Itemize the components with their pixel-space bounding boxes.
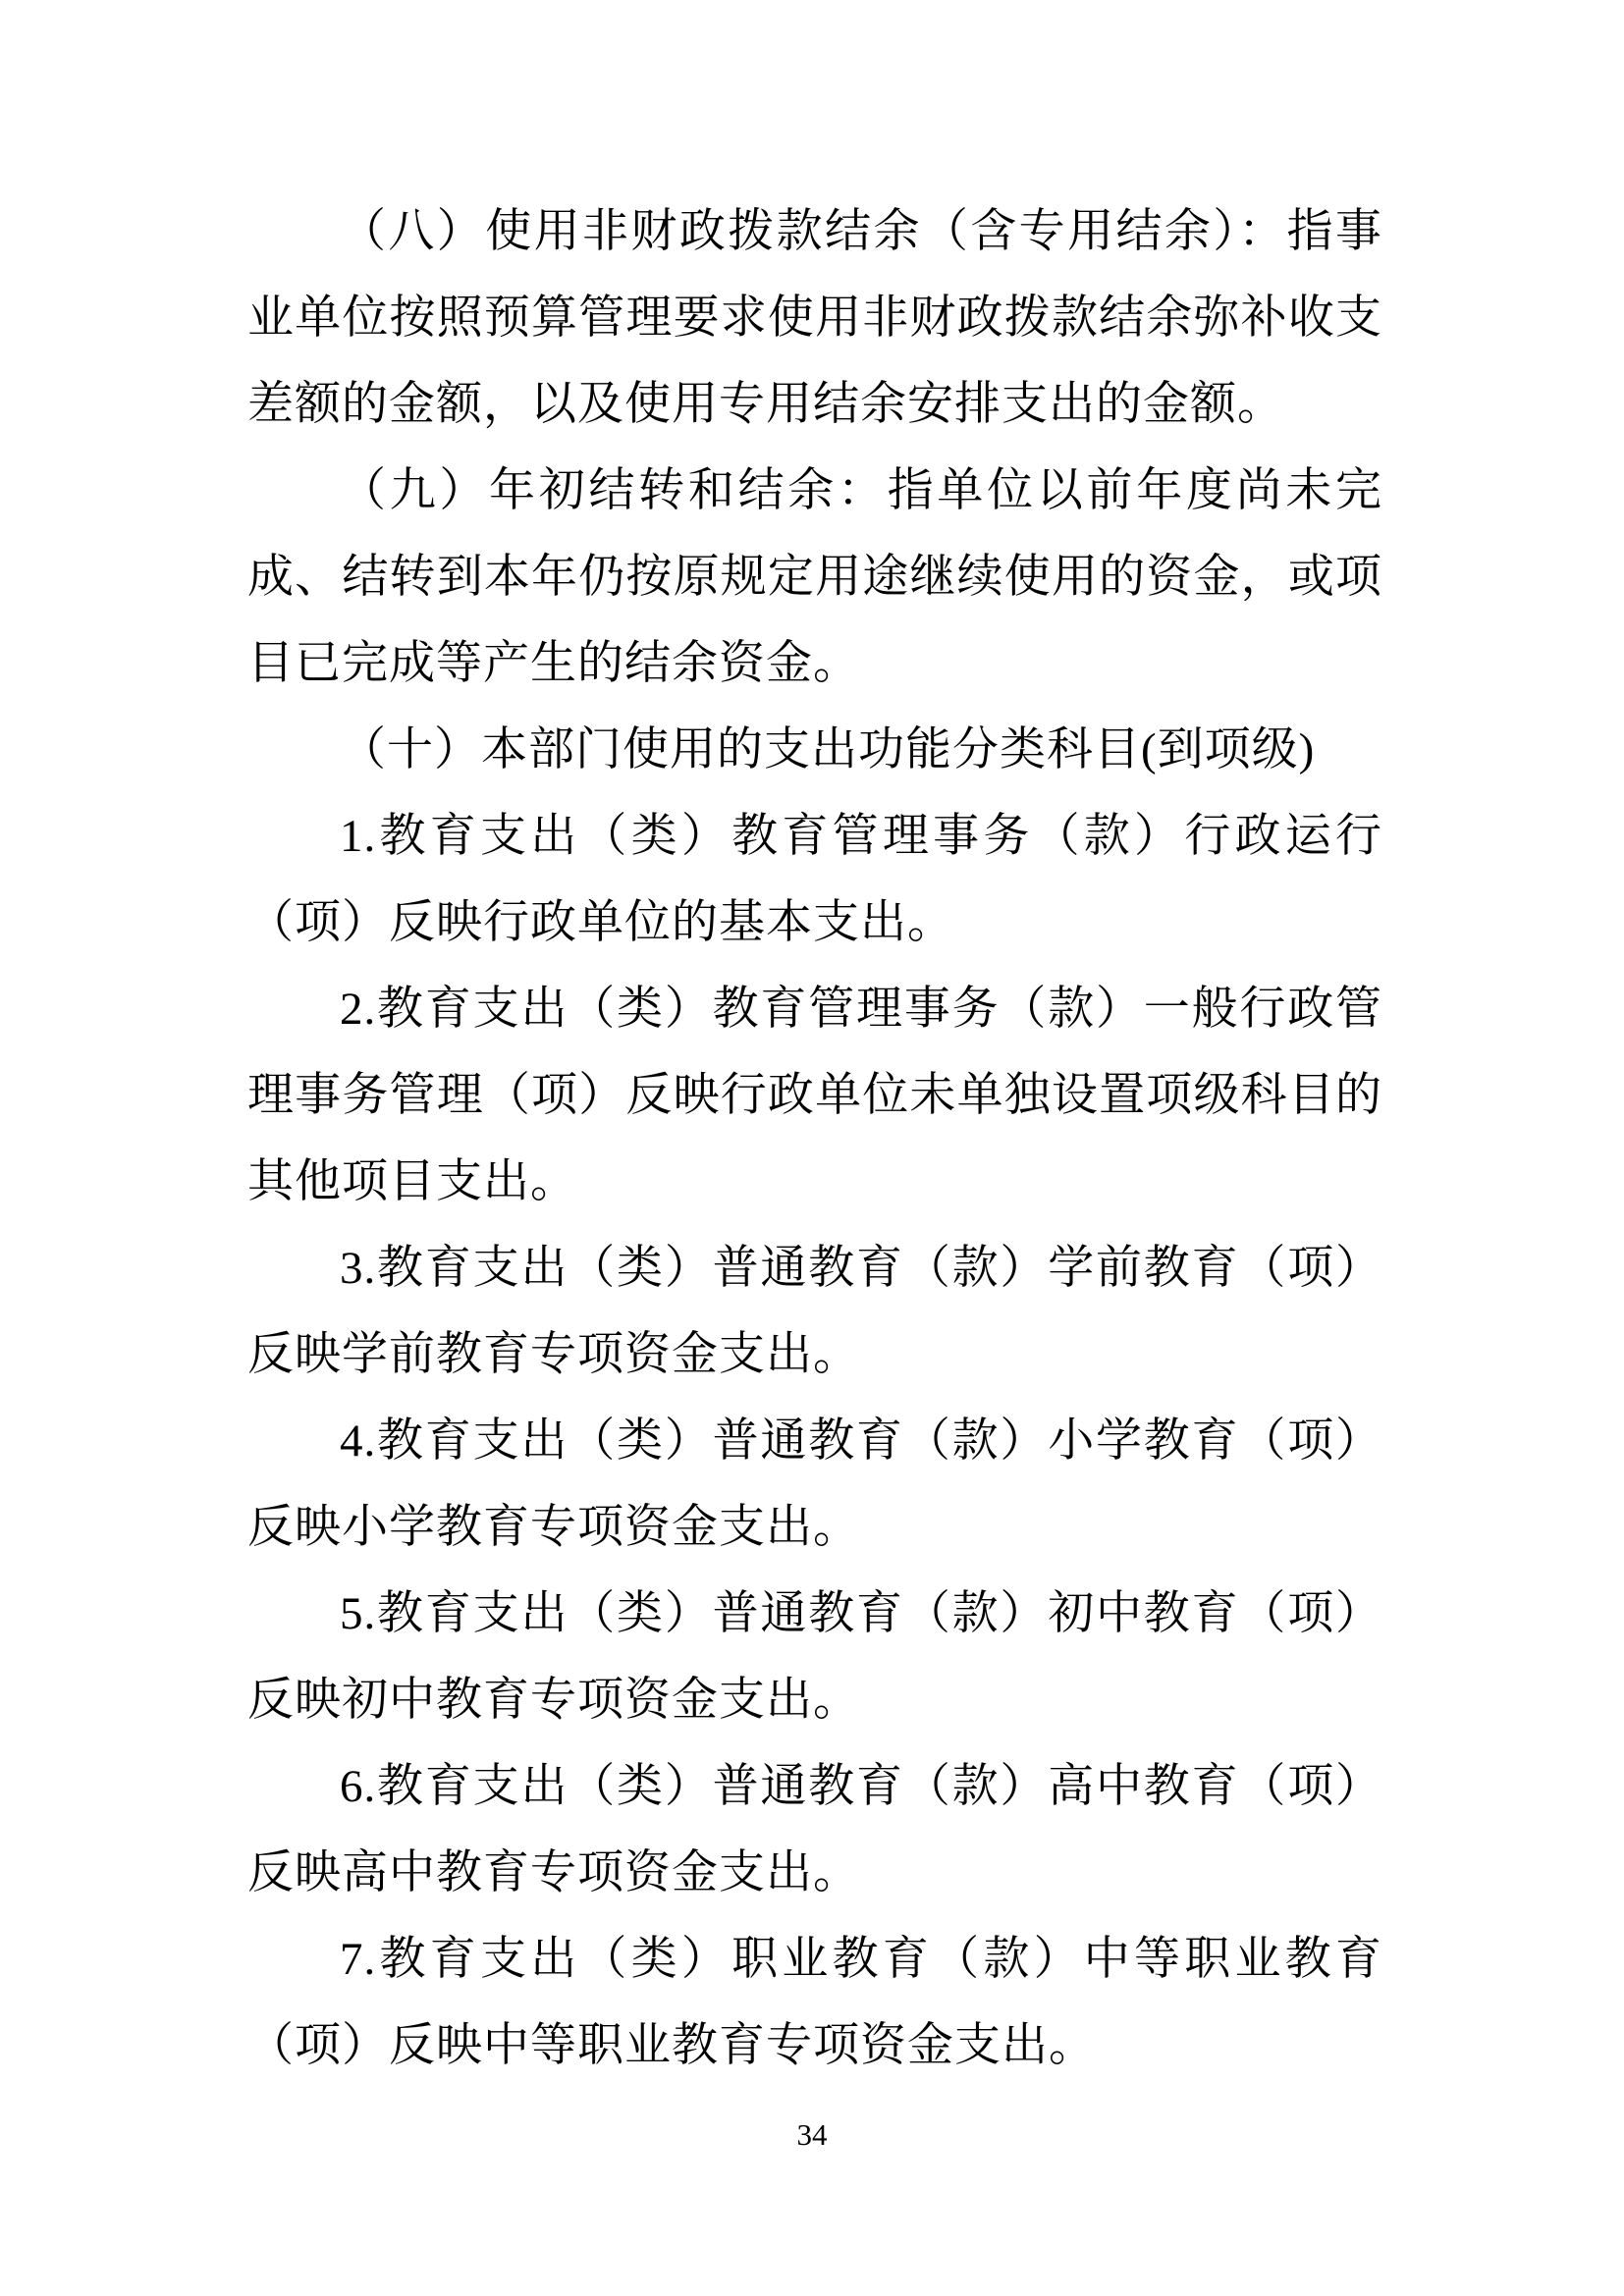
paragraph-item-10-4: 4.教育支出（类）普通教育（款）小学教育（项）反映小学教育专项资金支出。 bbox=[247, 1398, 1382, 1571]
page-footer: 34 bbox=[0, 2112, 1624, 2158]
paragraph-item-10-5: 5.教育支出（类）普通教育（款）初中教育（项）反映初中教育专项资金支出。 bbox=[247, 1571, 1382, 1743]
paragraph-item-10-2: 2.教育支出（类）教育管理事务（款）一般行政管理事务管理（项）反映行政单位未单独… bbox=[247, 966, 1382, 1225]
paragraph-item-10: （十）本部门使用的支出功能分类科目(到项级) bbox=[247, 707, 1382, 793]
paragraph-item-8: （八）使用非财政拨款结余（含专用结余）：指事业单位按照预算管理要求使用非财政拨款… bbox=[247, 188, 1382, 448]
document-page: （八）使用非财政拨款结余（含专用结余）：指事业单位按照预算管理要求使用非财政拨款… bbox=[0, 0, 1624, 2296]
paragraph-item-10-7: 7.教育支出（类）职业教育（款）中等职业教育（项）反映中等职业教育专项资金支出。 bbox=[247, 1916, 1382, 2089]
paragraph-item-9: （九）年初结转和结余：指单位以前年度尚未完成、结转到本年仍按原规定用途继续使用的… bbox=[247, 448, 1382, 707]
paragraph-item-10-6: 6.教育支出（类）普通教育（款）高中教育（项）反映高中教育专项资金支出。 bbox=[247, 1743, 1382, 1916]
paragraph-item-10-3: 3.教育支出（类）普通教育（款）学前教育（项）反映学前教育专项资金支出。 bbox=[247, 1225, 1382, 1398]
paragraph-item-10-1: 1.教育支出（类）教育管理事务（款）行政运行（项）反映行政单位的基本支出。 bbox=[247, 793, 1382, 966]
page-number: 34 bbox=[797, 2117, 828, 2152]
document-body: （八）使用非财政拨款结余（含专用结余）：指事业单位按照预算管理要求使用非财政拨款… bbox=[247, 188, 1382, 2089]
